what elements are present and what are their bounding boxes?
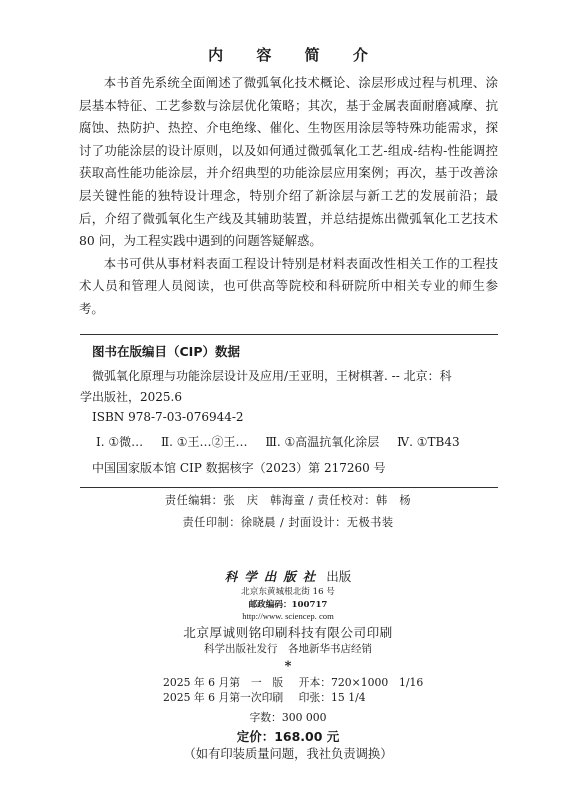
summary-paragraph-2: 本书可供从事材料表面工程设计特别是材料表面改性相关工作的工程技术人员和管理人员阅… <box>79 253 498 321</box>
page-title: 内 容 简 介 <box>0 44 576 65</box>
cip-class-2: Ⅱ. ①王…②王… <box>161 435 248 449</box>
publisher-line: 科学出版社 出版 <box>0 567 576 585</box>
cip-classification: Ⅰ. ①微… Ⅱ. ①王…②王… Ⅲ. ①高温抗氧化涂层 Ⅳ. ①TB43 <box>96 433 474 450</box>
summary-paragraph-1: 本书首先系统全面阐述了微弧氧化技术概论、涂层形成过程与机理、涂层基本特征、工艺参… <box>79 72 498 253</box>
separator-star: * <box>0 659 576 674</box>
cip-divider-bottom <box>80 487 498 488</box>
cip-class-3: Ⅲ. ①高温抗氧化涂层 <box>265 435 379 449</box>
publisher-logo-text: 科学出版社 <box>225 569 323 584</box>
quality-notice: （如有印装质量问题，我社负责调换） <box>0 744 576 762</box>
cip-record: 微弧氧化原理与功能涂层设计及应用/王亚明，王树棋著. -- 北京：科 学出版社，… <box>92 366 498 428</box>
printer: 北京厚诚则铭印刷科技有限公司印刷 <box>0 622 576 641</box>
edition-line-2: 2025 年 6 月第一次印刷 印张：15 1/4 <box>163 690 366 705</box>
production-credits: 责任印制：徐晓晨 / 封面设计：无极书装 <box>0 514 576 530</box>
price: 定价：168.00 元 <box>0 727 576 745</box>
distributor: 科学出版社发行 各地新华书店经销 <box>0 641 576 656</box>
edition-date: 2025 年 6 月第 一 版 <box>163 676 283 689</box>
editor-credits: 责任编辑：张 庆 韩海童 / 责任校对：韩 杨 <box>0 492 576 508</box>
format-size: 开本：720×1000 1/16 <box>299 676 424 689</box>
publisher-postcode: 邮政编码：100717 <box>0 598 576 610</box>
edition-line-1: 2025 年 6 月第 一 版 开本：720×1000 1/16 <box>163 675 423 690</box>
sheet-count: 印张：15 1/4 <box>299 691 366 704</box>
cip-class-4: Ⅳ. ①TB43 <box>397 435 459 449</box>
print-date: 2025 年 6 月第一次印刷 <box>163 691 283 704</box>
cip-isbn: ISBN 978-7-03-076944-2 <box>92 407 498 428</box>
book-summary: 本书首先系统全面阐述了微弧氧化技术概论、涂层形成过程与机理、涂层基本特征、工艺参… <box>79 72 498 321</box>
cip-class-1: Ⅰ. ①微… <box>96 435 143 449</box>
publisher-suffix: 出版 <box>326 569 351 584</box>
cip-core-number: 中国国家版本馆 CIP 数据核字（2023）第 217260 号 <box>92 459 386 476</box>
publisher-url: http://www. sciencep. com <box>0 611 576 621</box>
cip-header: 图书在版编目（CIP）数据 <box>92 342 240 360</box>
cip-record-line-1: 微弧氧化原理与功能涂层设计及应用/王亚明，王树棋著. -- 北京：科 <box>92 366 498 387</box>
copyright-page: 内 容 简 介 本书首先系统全面阐述了微弧氧化技术概论、涂层形成过程与机理、涂层… <box>0 0 576 800</box>
word-count: 字数：300 000 <box>0 710 576 725</box>
cip-record-line-2: 学出版社，2025.6 <box>80 387 498 408</box>
cip-divider-top <box>80 334 498 335</box>
publisher-address: 北京东黄城根北街 16 号 <box>0 585 576 597</box>
